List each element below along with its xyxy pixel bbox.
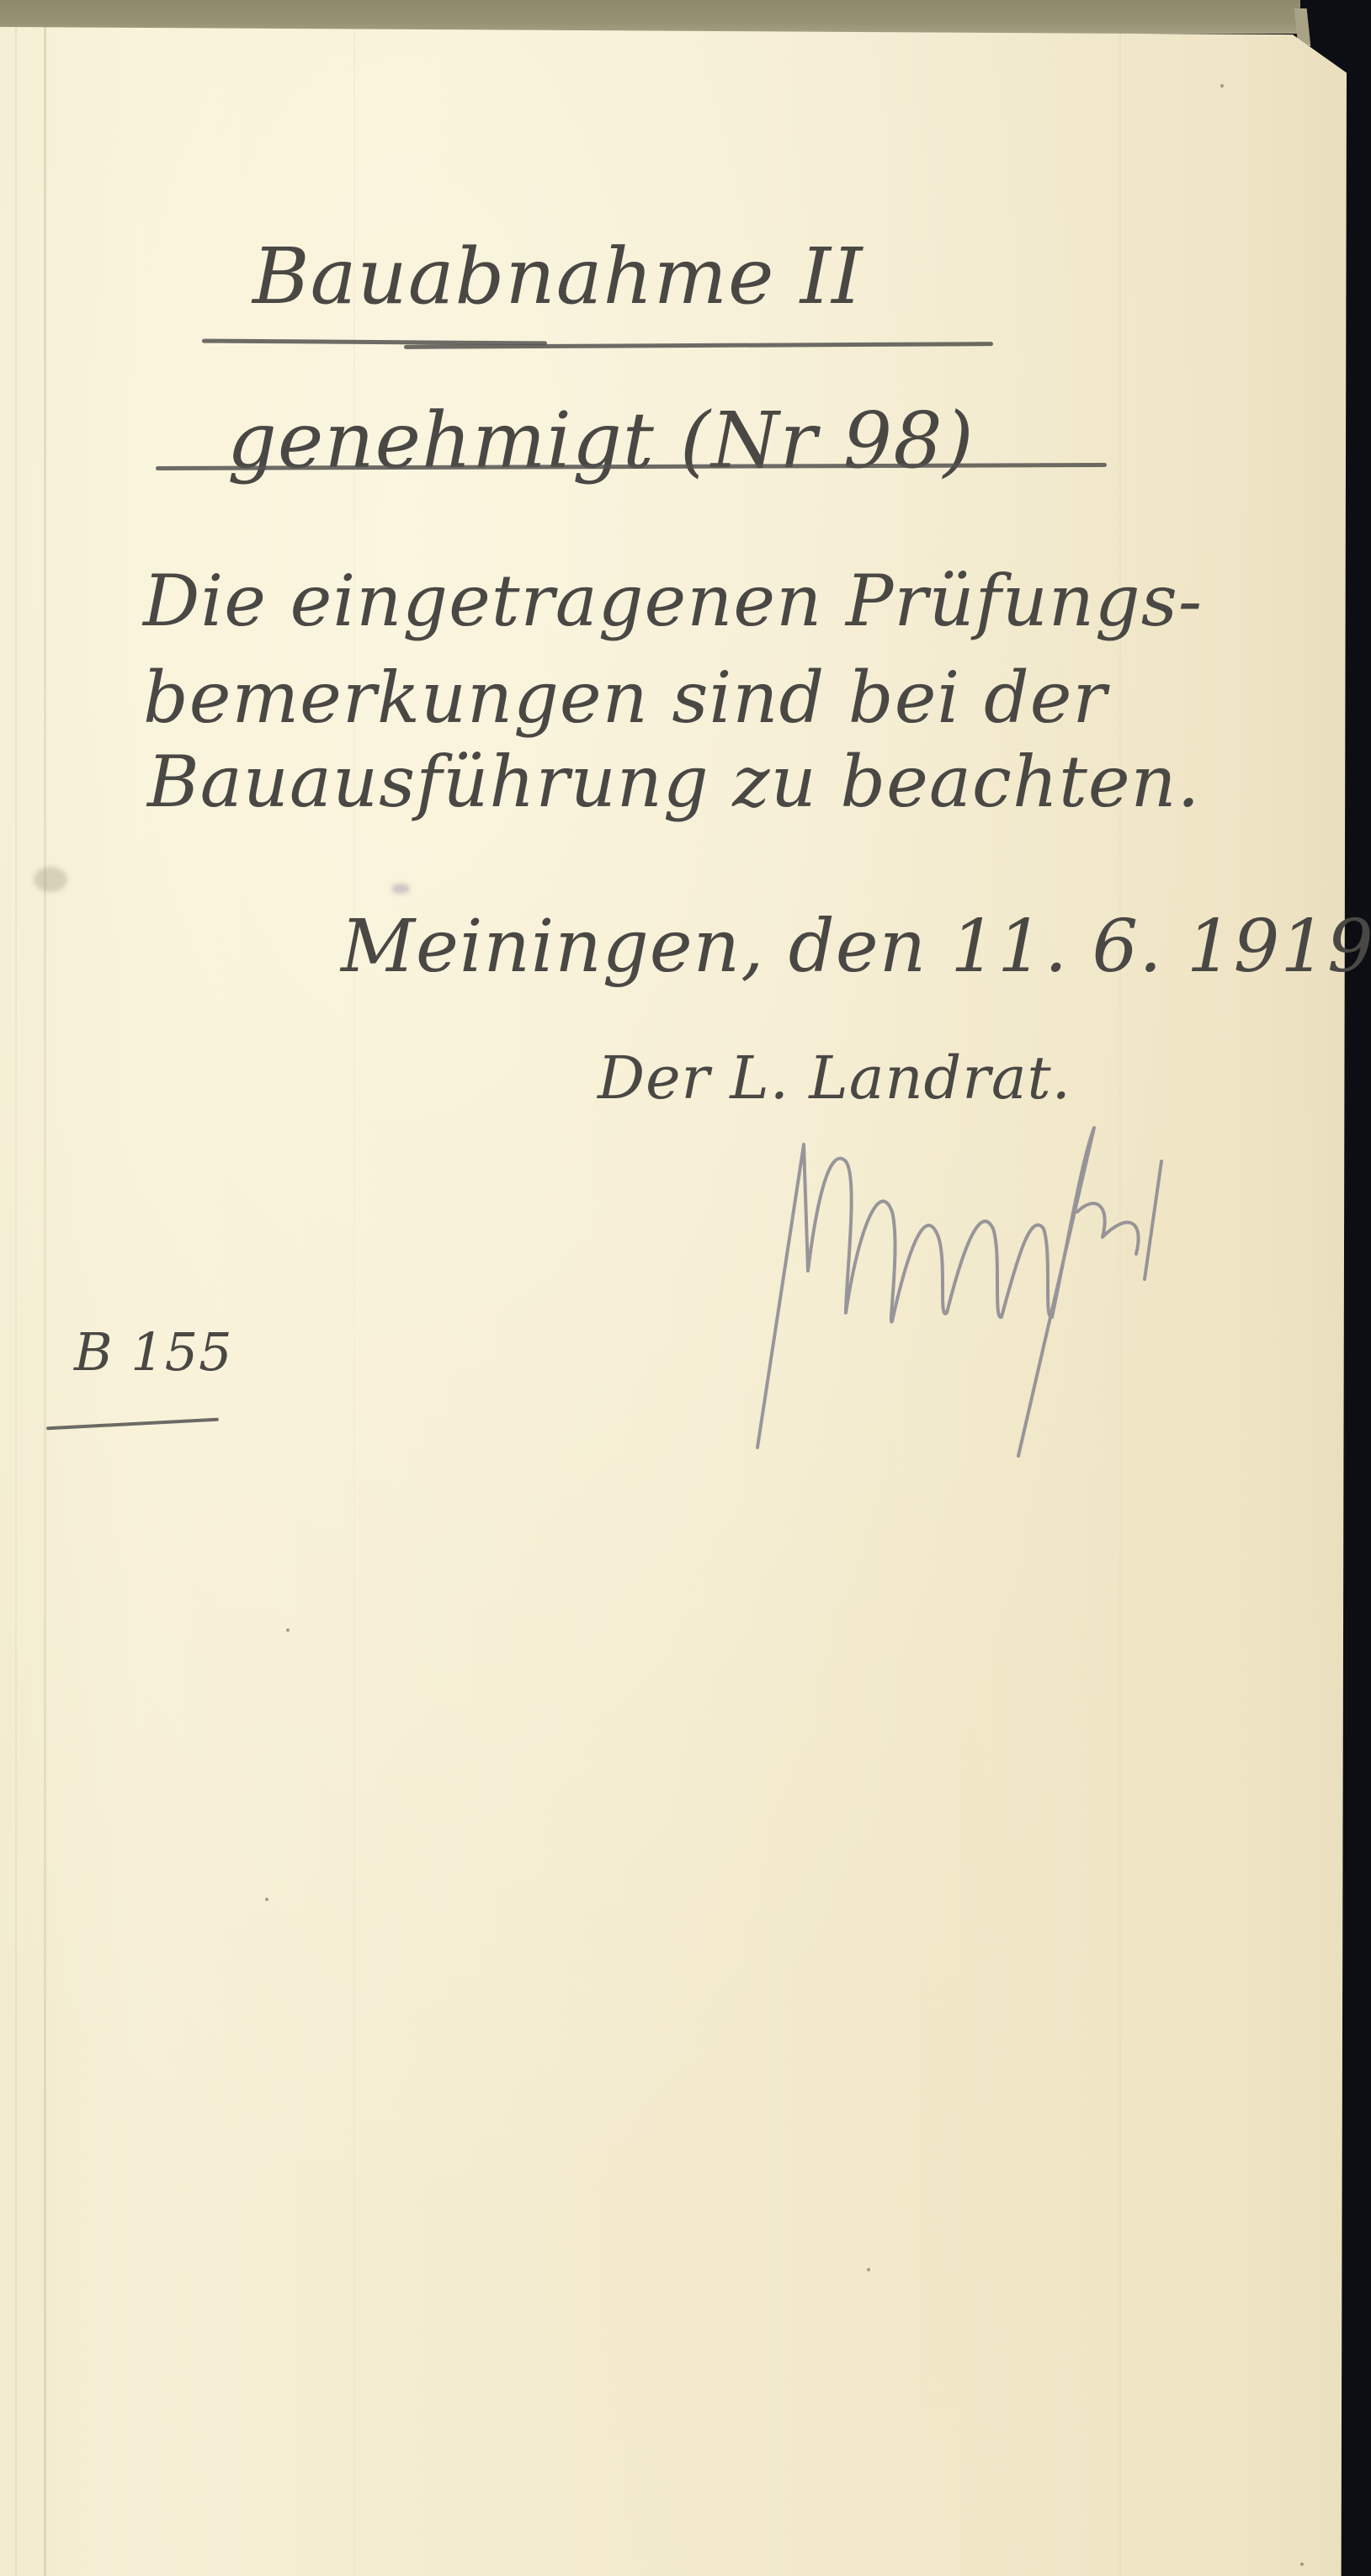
paper-speck	[867, 2268, 870, 2271]
body-text-line: Bauausführung zu beachten.	[147, 741, 1200, 823]
paper-edge-crease	[15, 27, 17, 2576]
paper-stain	[34, 867, 67, 892]
paper-fold-crease-left	[44, 27, 46, 2576]
paper-stain	[391, 884, 410, 894]
document-scan: Bauabnahme II genehmigt (Nr 98) Die eing…	[0, 0, 1371, 2576]
issuing-authority: Der L. Landrat.	[598, 1044, 1071, 1113]
heading-genehmigt: genehmigt (Nr 98)	[227, 396, 975, 486]
heading-bauabnahme: Bauabnahme II	[252, 231, 863, 321]
paper-speck	[1220, 84, 1224, 88]
paper-speck	[286, 1628, 290, 1632]
pencil-signature	[741, 1111, 1313, 1464]
place-and-date: Meiningen, den 11. 6. 1919	[341, 905, 1371, 989]
paper-speck	[1300, 2563, 1304, 2566]
body-text-line: bemerkungen sind bei der	[143, 656, 1108, 739]
margin-reference-note: B 155	[74, 1321, 233, 1383]
body-text-line: Die eingetragenen Prüfungs-	[143, 560, 1203, 642]
paper-speck	[265, 1898, 268, 1901]
